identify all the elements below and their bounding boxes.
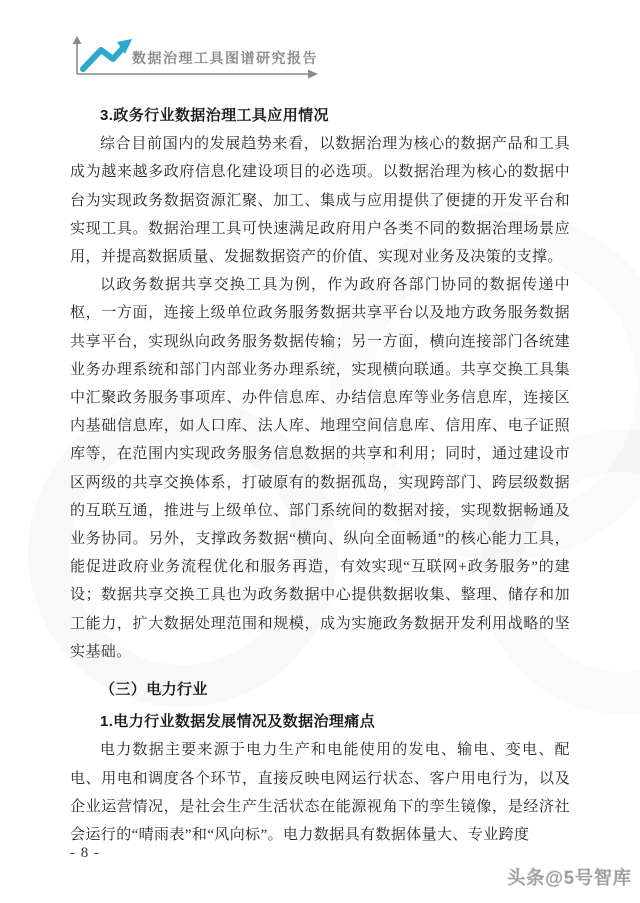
subheading-power-section: 1.电力行业数据发展情况及数据治理痛点 — [70, 708, 570, 736]
paragraph-power-1: 电力数据主要来源于电力生产和电能使用的发电、输电、变电、配电、用电和调度各个环节… — [70, 736, 570, 849]
heading-gov-section: 3.政务行业数据治理工具应用情况 — [70, 102, 570, 130]
toutiao-watermark-label: 头条@5号智库 — [507, 864, 632, 890]
document-body: 3.政务行业数据治理工具应用情况 综合目前国内的发展趋势来看，以数据治理为核心的… — [70, 102, 570, 849]
page-header: 数据治理工具图谱研究报告 — [68, 33, 328, 83]
page-number: - 8 - — [70, 845, 100, 862]
document-page: 数据治理工具图谱研究报告 3.政务行业数据治理工具应用情况 综合目前国内的发展趋… — [0, 0, 640, 903]
paragraph-gov-2: 以政务数据共享交换工具为例，作为政府各部门协同的数据传递中枢，一方面，连接上级单… — [70, 271, 570, 666]
report-title: 数据治理工具图谱研究报告 — [132, 48, 318, 68]
paragraph-gov-1: 综合目前国内的发展趋势来看，以数据治理为核心的数据产品和工具成为越来越多政府信息… — [70, 130, 570, 271]
heading-power-section: （三）电力行业 — [70, 676, 570, 704]
